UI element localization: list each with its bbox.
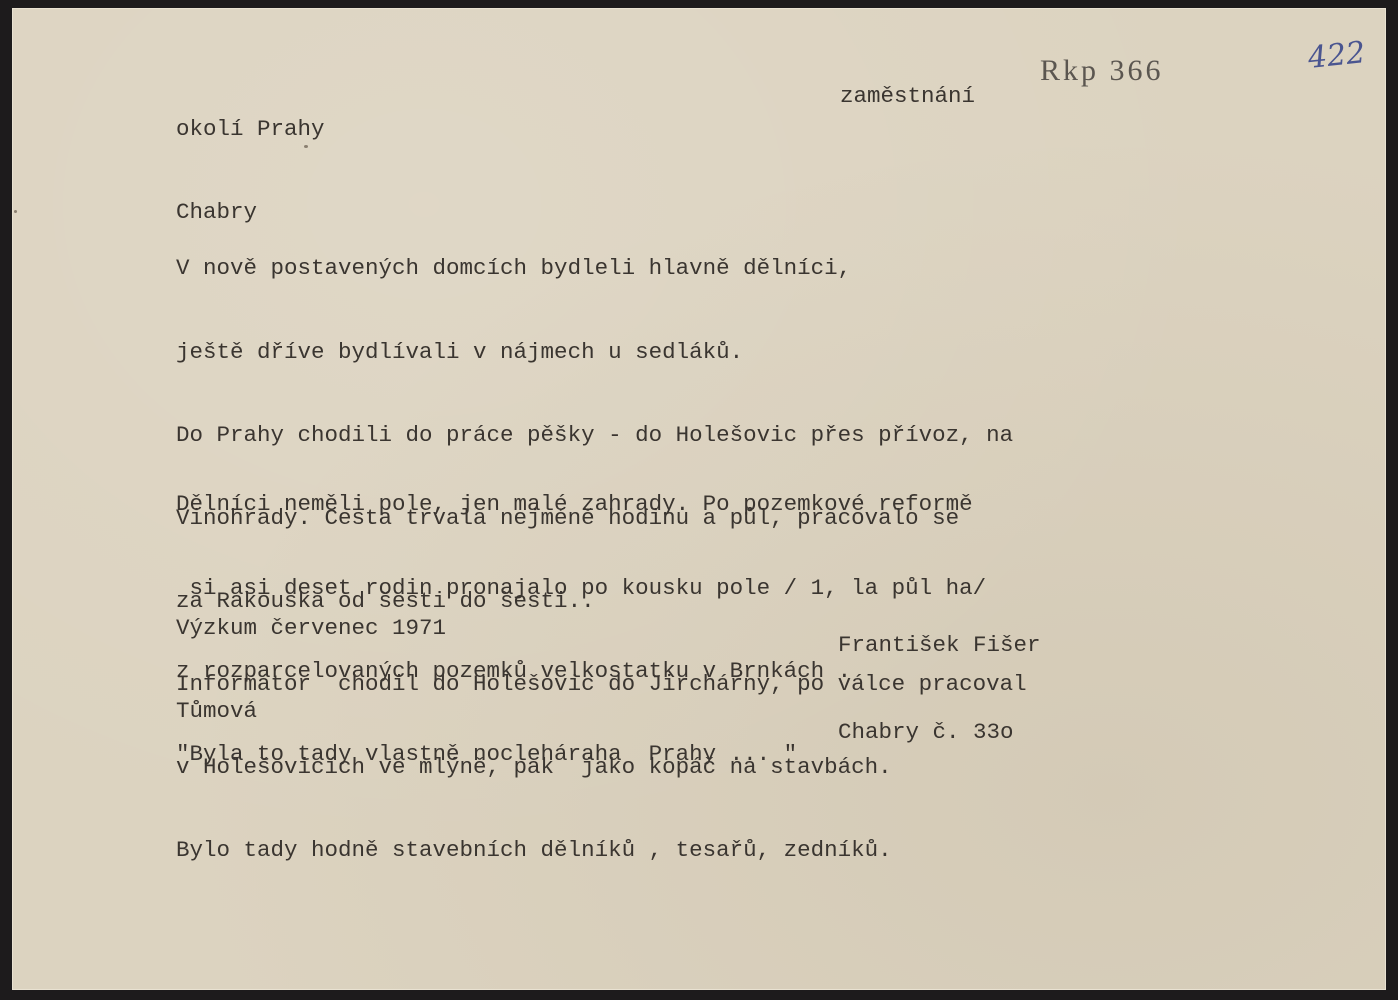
archive-stamp: Rkp 366 (1040, 54, 1164, 88)
research-date: Výzkum červenec 1971 (176, 615, 446, 643)
header-region: okolí Prahy (176, 116, 325, 144)
research-note: Výzkum červenec 1971 Tůmová (176, 560, 446, 780)
index-card: okolí Prahy Chabry zaměstnání Rkp 366 42… (12, 8, 1386, 990)
header-topic: zaměstnání (840, 83, 975, 111)
informant-name: František Fišer (838, 631, 1041, 660)
researcher-name: Tůmová (176, 698, 446, 726)
text-line: ještě dříve bydlívali v nájmech u sedlák… (176, 339, 1027, 367)
informant-info: František Fišer Chabry č. 33o (838, 573, 1041, 805)
paper-speck (14, 210, 17, 213)
paper-speck (304, 145, 308, 148)
text-line: Dělníci neměli pole, jen malé zahrady. P… (176, 491, 986, 519)
handwritten-folio-number: 422 (1306, 35, 1367, 76)
informant-address: Chabry č. 33o (838, 718, 1041, 747)
text-line: Bylo tady hodně stavebních dělníků , tes… (176, 837, 1027, 865)
text-line: V nově postavených domcích bydleli hlavn… (176, 255, 1027, 283)
